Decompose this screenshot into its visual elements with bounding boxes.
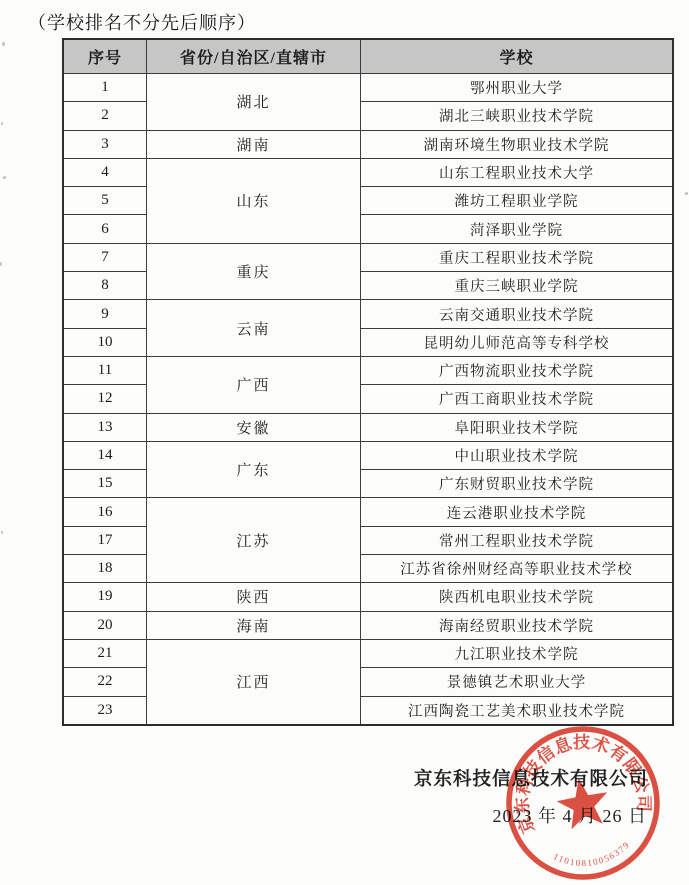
table-row: 1湖北鄂州职业大学 [63, 74, 673, 102]
rank-cell: 23 [63, 696, 147, 725]
rank-cell: 6 [63, 215, 147, 243]
rank-cell: 21 [63, 639, 147, 667]
rank-cell: 10 [63, 328, 147, 356]
svg-text:11010810056379: 11010810056379 [550, 838, 634, 874]
school-cell: 九江职业技术学院 [361, 639, 674, 667]
rank-cell: 5 [63, 187, 147, 215]
rank-cell: 13 [63, 413, 147, 441]
school-cell: 潍坊工程职业学院 [361, 187, 674, 215]
school-table-head: 序号 省份/自治区/直辖市 学校 [63, 39, 673, 74]
school-cell: 鄂州职业大学 [361, 74, 674, 102]
rank-cell: 22 [63, 668, 147, 696]
scan-speck [3, 176, 6, 179]
school-cell: 菏泽职业学院 [361, 215, 674, 243]
province-cell: 重庆 [147, 243, 361, 300]
ranking-note: （学校排名不分先后顺序） [28, 9, 256, 35]
school-cell: 广西物流职业技术学院 [361, 356, 674, 384]
province-cell: 陕西 [147, 583, 361, 611]
rank-cell: 20 [63, 611, 147, 639]
school-cell: 湖北三峡职业技术学院 [361, 102, 674, 130]
school-cell: 云南交通职业技术学院 [361, 300, 674, 328]
school-cell: 阜阳职业技术学院 [361, 413, 674, 441]
table-row: 21江西九江职业技术学院 [63, 639, 673, 667]
school-cell: 江苏省徐州财经高等职业技术学校 [361, 555, 674, 583]
header-school: 学校 [361, 39, 674, 74]
province-cell: 海南 [147, 611, 361, 639]
seal-number: 11010810056379 [550, 838, 634, 874]
rank-cell: 17 [63, 526, 147, 554]
rank-cell: 18 [63, 555, 147, 583]
school-cell: 中山职业技术学院 [361, 441, 674, 469]
scan-speck [0, 262, 2, 266]
province-cell: 湖南 [147, 130, 361, 158]
rank-cell: 11 [63, 356, 147, 384]
rank-cell: 9 [63, 300, 147, 328]
table-row: 16江苏连云港职业技术学院 [63, 498, 673, 526]
rank-cell: 15 [63, 470, 147, 498]
stamp-date: 2023 年 4 月 26 日 [493, 802, 648, 828]
scan-speck [1, 122, 3, 125]
rank-cell: 3 [63, 130, 147, 158]
rank-cell: 14 [63, 441, 147, 469]
table-row: 7重庆重庆工程职业技术学院 [63, 243, 673, 271]
rank-cell: 19 [63, 583, 147, 611]
rank-cell: 2 [63, 102, 147, 130]
school-cell: 常州工程职业技术学院 [361, 526, 674, 554]
table-row: 13安徽阜阳职业技术学院 [63, 413, 673, 441]
province-cell: 山东 [147, 158, 361, 243]
school-cell: 山东工程职业技术大学 [361, 158, 674, 186]
scan-speck [2, 42, 5, 46]
table-row: 14广东中山职业技术学院 [63, 441, 673, 469]
school-cell: 连云港职业技术学院 [361, 498, 674, 526]
school-cell: 湖南环境生物职业技术学院 [361, 130, 674, 158]
school-cell: 重庆工程职业技术学院 [361, 243, 674, 271]
province-cell: 江西 [147, 639, 361, 724]
table-row: 20海南海南经贸职业技术学院 [63, 611, 673, 639]
table-row: 11广西广西物流职业技术学院 [63, 356, 673, 384]
province-cell: 广西 [147, 356, 361, 413]
table-row: 19陕西陕西机电职业技术学院 [63, 583, 673, 611]
company-name: 京东科技信息技术有限公司 [414, 765, 648, 791]
school-cell: 昆明幼儿师范高等专科学校 [361, 328, 674, 356]
province-cell: 江苏 [147, 498, 361, 583]
table-row: 9云南云南交通职业技术学院 [63, 300, 673, 328]
header-province: 省份/自治区/直辖市 [147, 39, 361, 74]
school-cell: 广西工商职业技术学院 [361, 385, 674, 413]
school-cell: 广东财贸职业技术学院 [361, 470, 674, 498]
rank-cell: 8 [63, 272, 147, 300]
school-cell: 陕西机电职业技术学院 [361, 583, 674, 611]
school-cell: 海南经贸职业技术学院 [361, 611, 674, 639]
province-cell: 广东 [147, 441, 361, 498]
province-cell: 湖北 [147, 74, 361, 131]
rank-cell: 16 [63, 498, 147, 526]
province-cell: 安徽 [147, 413, 361, 441]
official-seal: 京东科技信息技术有限公司 11010810056379 [497, 717, 669, 885]
school-table: 序号 省份/自治区/直辖市 学校 1湖北鄂州职业大学2湖北三峡职业技术学院3湖南… [62, 38, 674, 726]
table-row: 4山东山东工程职业技术大学 [63, 158, 673, 186]
rank-cell: 4 [63, 158, 147, 186]
school-cell: 景德镇艺术职业大学 [361, 668, 674, 696]
header-rank: 序号 [63, 39, 147, 74]
rank-cell: 1 [63, 74, 147, 102]
school-cell: 重庆三峡职业学院 [361, 272, 674, 300]
scan-speck [1, 531, 3, 534]
scan-speck [685, 192, 688, 195]
header-row: 序号 省份/自治区/直辖市 学校 [63, 39, 673, 74]
school-table-body: 1湖北鄂州职业大学2湖北三峡职业技术学院3湖南湖南环境生物职业技术学院4山东山东… [63, 74, 673, 725]
table-row: 3湖南湖南环境生物职业技术学院 [63, 130, 673, 158]
school-cell: 江西陶瓷工艺美术职业技术学院 [361, 696, 674, 725]
seal-group: 京东科技信息技术有限公司 11010810056379 [500, 720, 664, 879]
rank-cell: 12 [63, 385, 147, 413]
province-cell: 云南 [147, 300, 361, 357]
rank-cell: 7 [63, 243, 147, 271]
